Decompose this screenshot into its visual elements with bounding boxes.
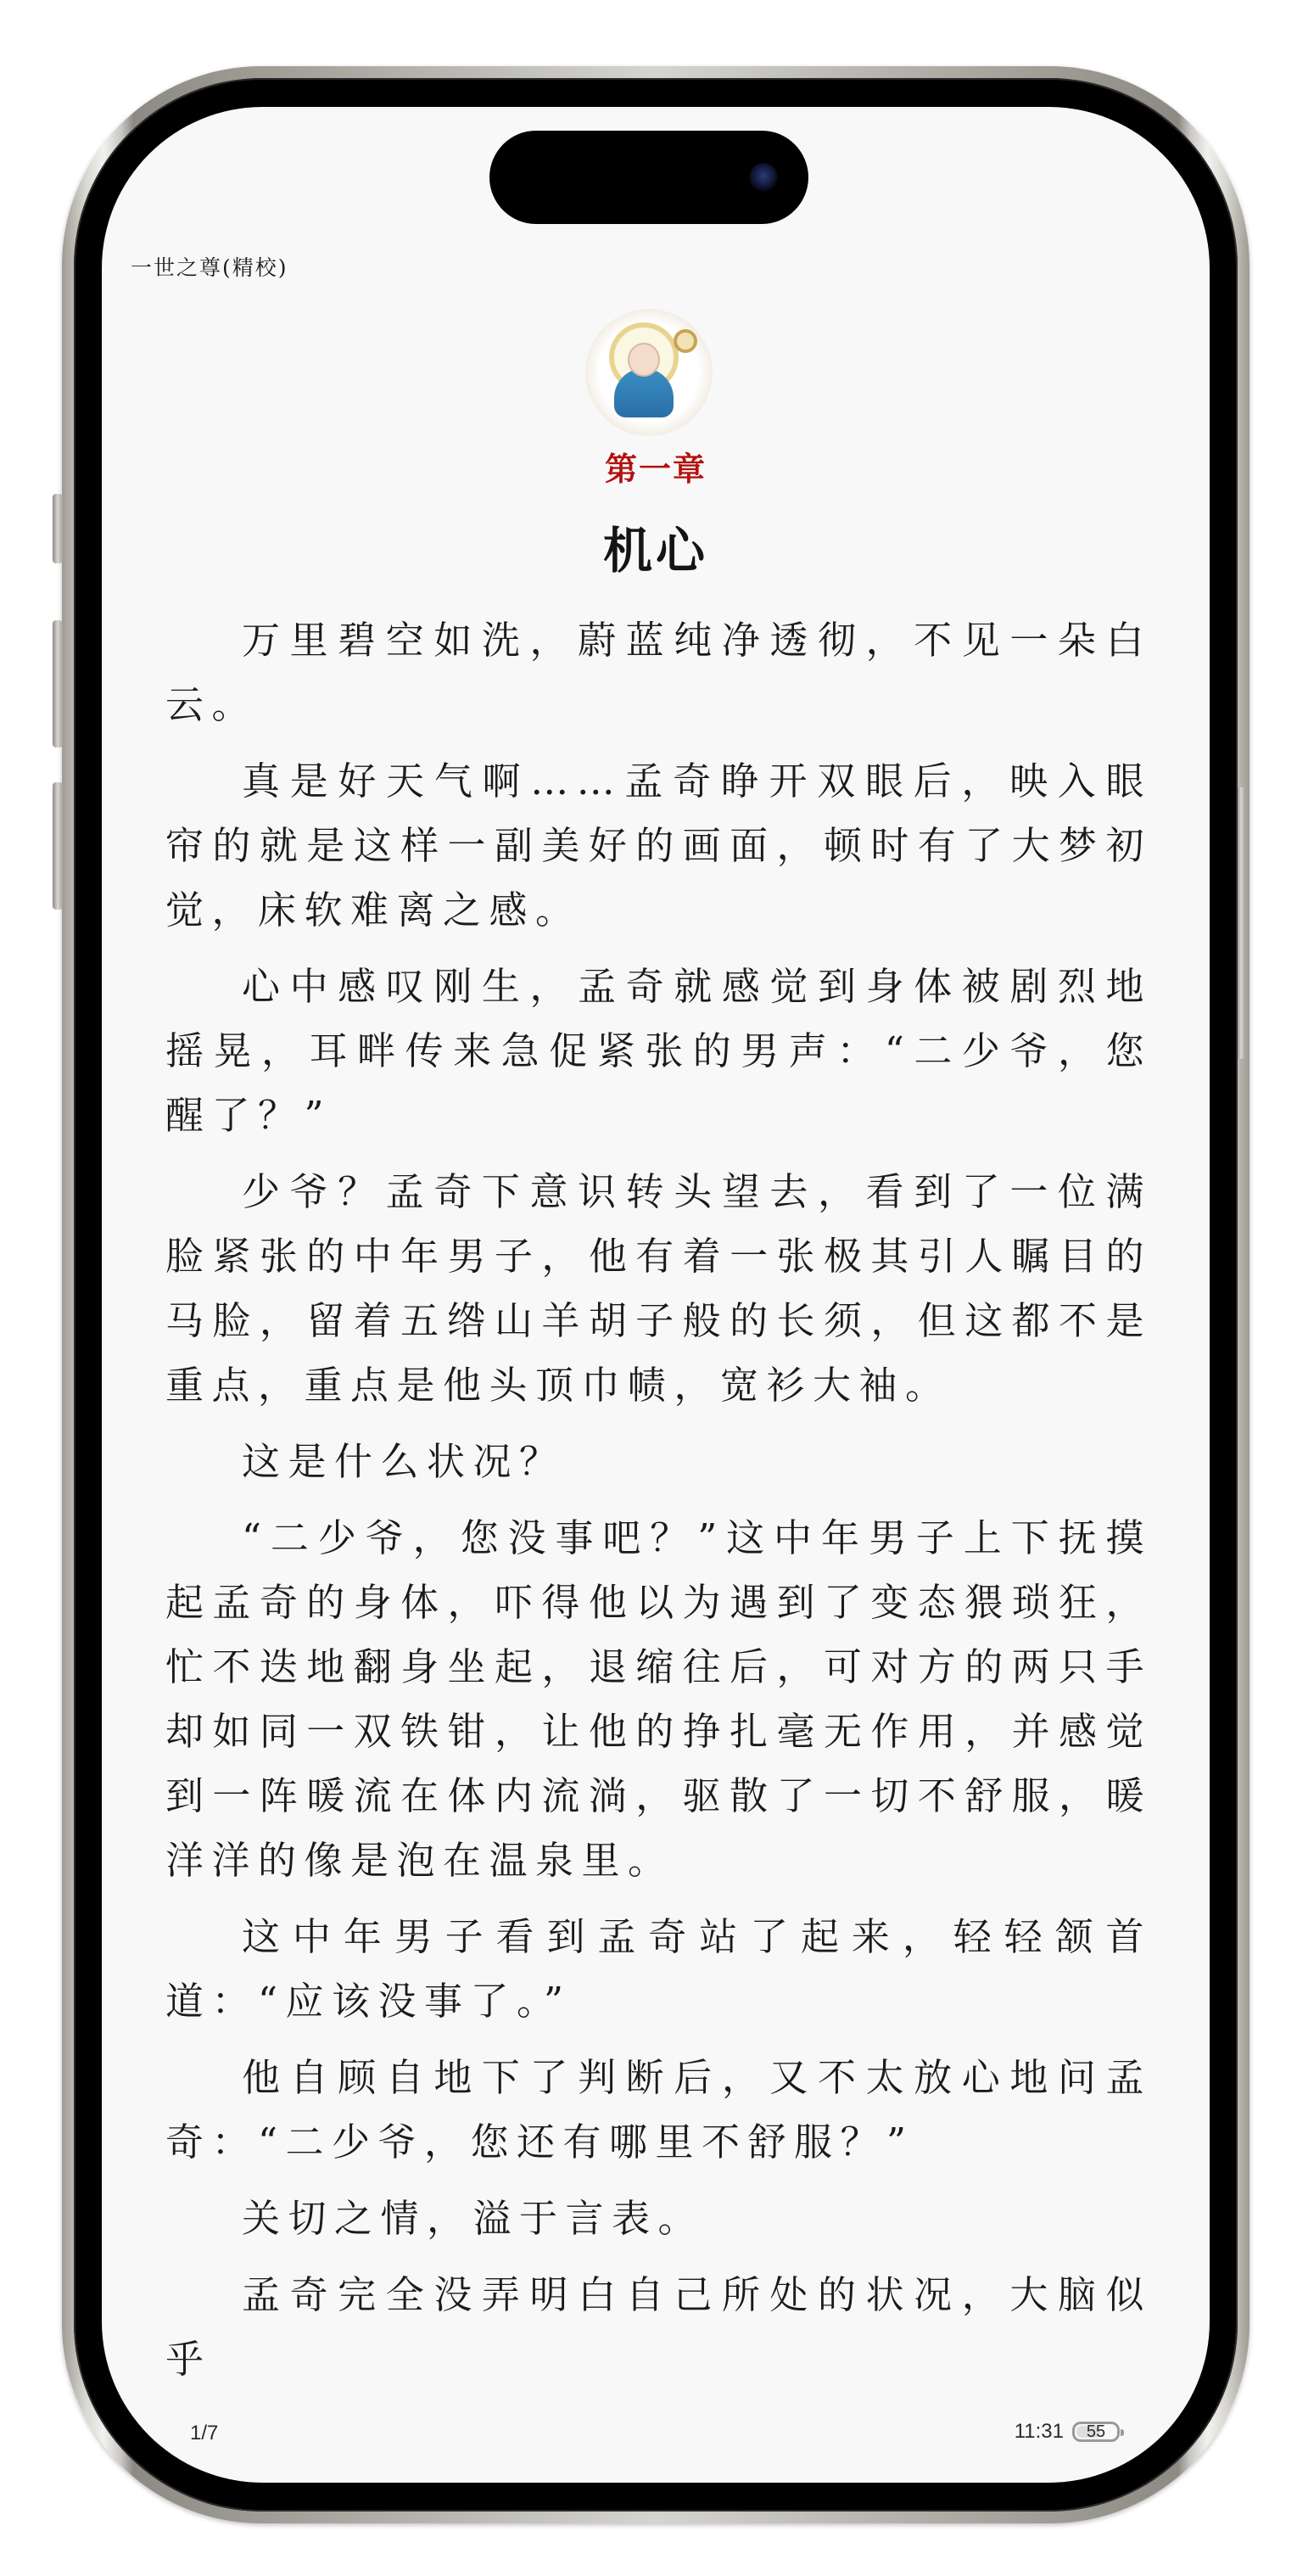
- status-area: 11:31 55: [1015, 2420, 1120, 2444]
- front-camera-icon: [749, 163, 778, 192]
- paragraph: 孟奇完全没弄明白自己所处的状况，大脑似乎: [165, 2263, 1152, 2392]
- power-button: [1237, 787, 1245, 1059]
- page-indicator: 1/7: [190, 2422, 218, 2445]
- paragraph: “二少爷，您没事吧？”这中年男子上下抚摸起孟奇的身体，吓得他以为遇到了变态猥琐狂…: [165, 1506, 1152, 1893]
- book-title: 一世之尊(精校): [131, 251, 288, 282]
- paragraph: 真是好天气啊……孟奇睁开双眼后，映入眼帘的就是这样一副美好的画面，顿时有了大梦初…: [165, 749, 1152, 943]
- clock: 11:31: [1015, 2420, 1064, 2444]
- volume-down-button: [53, 782, 63, 910]
- figure-head-icon: [628, 343, 660, 377]
- staff-head-icon: [674, 329, 697, 353]
- paragraph: 关切之情，溢于言表。: [165, 2187, 1152, 2251]
- battery-cap: [1121, 2429, 1124, 2436]
- paragraph: 心中感叹刚生，孟奇就感觉到身体被剧烈地摇晃，耳畔传来急促紧张的男声：“二少爷，您…: [165, 955, 1152, 1148]
- monk-character-emblem-icon: [585, 309, 713, 436]
- paragraph: 他自顾自地下了判断后，又不太放心地问孟奇：“二少爷，您还有哪里不舒服？”: [165, 2046, 1152, 2175]
- chapter-body[interactable]: 万里碧空如洗，蔚蓝纯净透彻，不见一朵白云。 真是好天气啊……孟奇睁开双眼后，映入…: [165, 608, 1152, 2404]
- chapter-title: 机心: [102, 511, 1210, 582]
- paragraph: 这中年男子看到孟奇站了起来，轻轻颔首道：“应该没事了。”: [165, 1905, 1152, 2034]
- reader-screen[interactable]: 一世之尊(精校) 第一章 机心 万里碧空如洗，蔚蓝纯净透彻，不见一朵白云。 真是…: [102, 107, 1210, 2483]
- action-button: [53, 494, 63, 563]
- paragraph: 万里碧空如洗，蔚蓝纯净透彻，不见一朵白云。: [165, 608, 1152, 737]
- battery-level: 55: [1087, 2424, 1105, 2439]
- chapter-label: 第一章: [102, 443, 1210, 490]
- paragraph: 少爷？孟奇下意识转头望去，看到了一位满脸紧张的中年男子，他有着一张极其引人瞩目的…: [165, 1160, 1152, 1418]
- volume-up-button: [53, 620, 63, 748]
- battery-icon: 55: [1072, 2422, 1120, 2442]
- dynamic-island: [489, 131, 808, 224]
- paragraph: 这是什么状况？: [165, 1430, 1152, 1494]
